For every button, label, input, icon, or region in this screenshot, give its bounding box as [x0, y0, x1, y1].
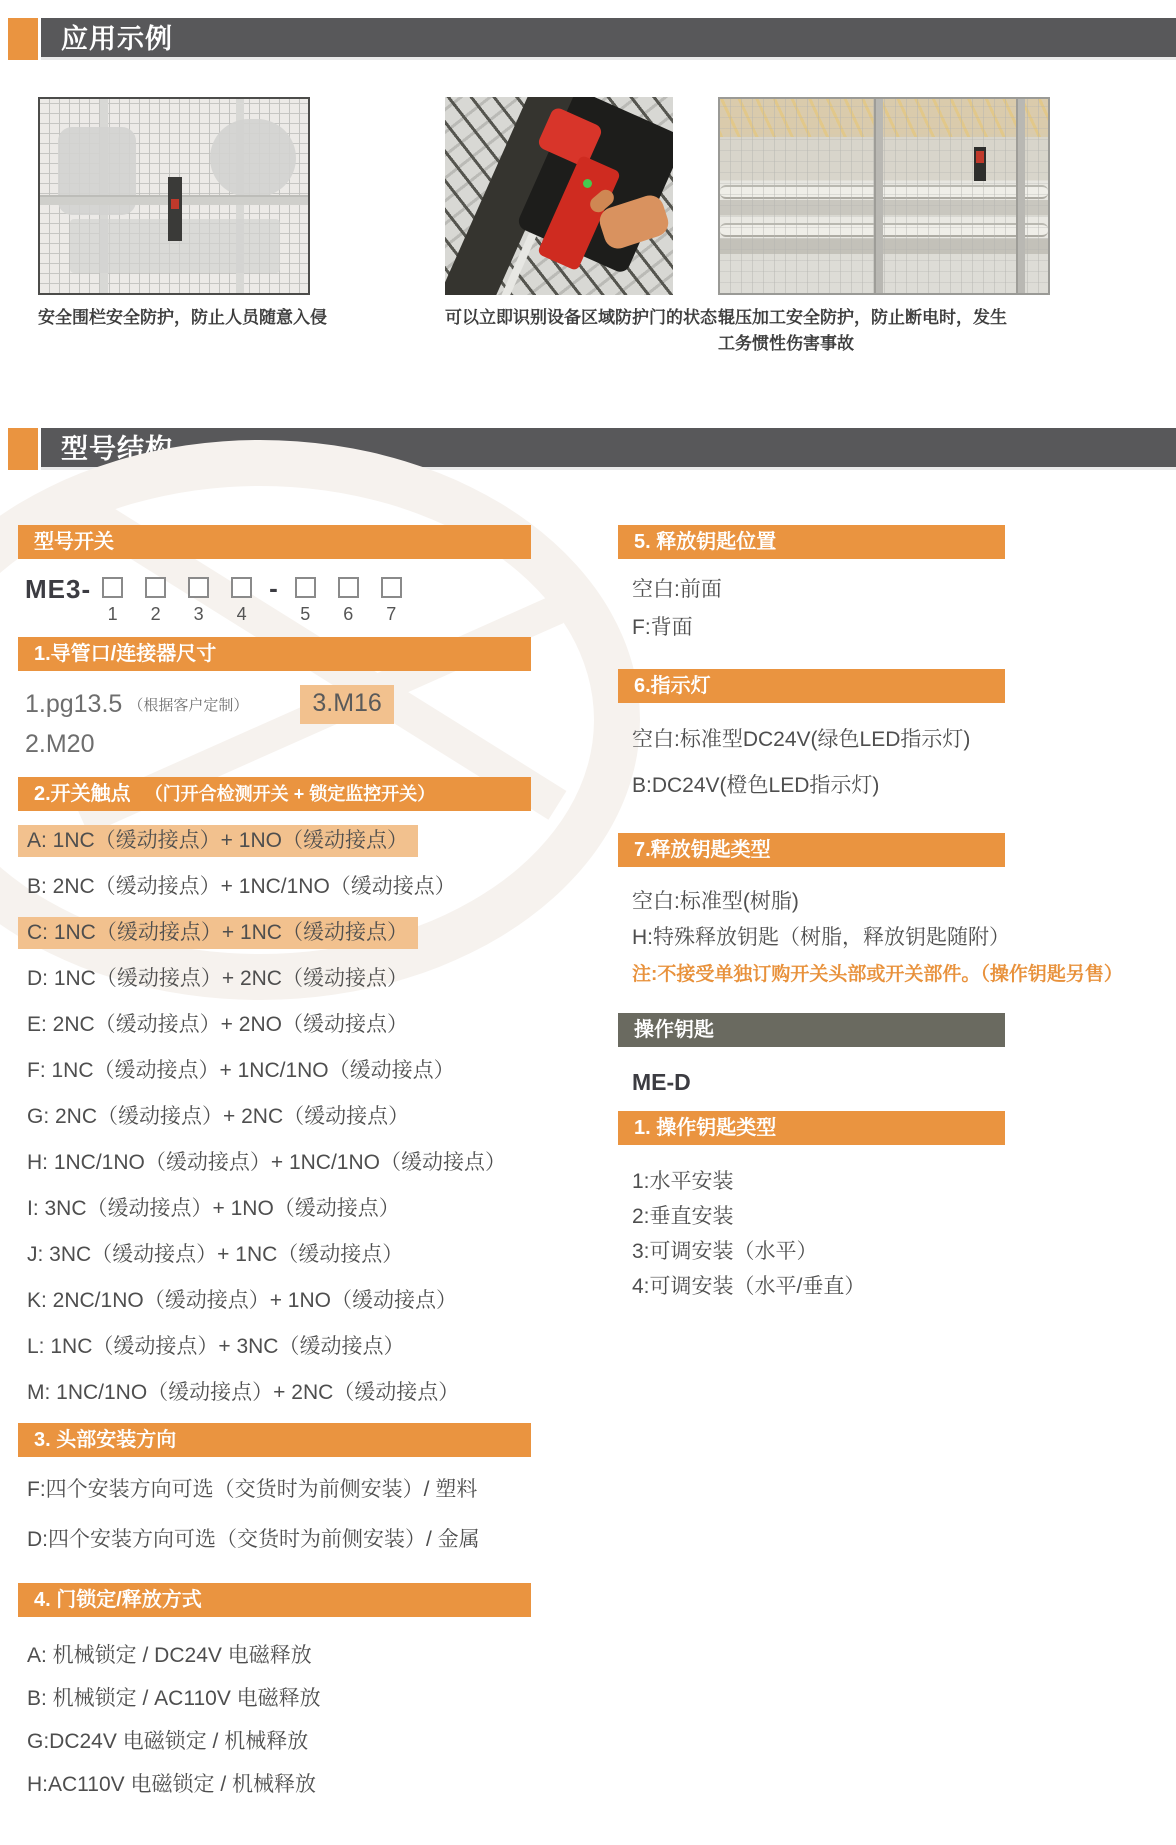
digit-box: [381, 577, 402, 598]
figure-caption: 可以立即识别设备区域防护门的状态: [445, 306, 673, 330]
contact-row-A: A: 1NC（缓动接点）+ 1NO（缓动接点）: [0, 825, 531, 857]
op-key-type-4: 4:可调安装（水平/垂直）: [618, 1272, 1018, 1302]
band-operation-key: 操作钥匙: [618, 1013, 1005, 1047]
order-note: 注:不接受单独订购开关头部或开关部件。（操作钥匙另售）: [618, 961, 1018, 989]
operation-key-model: ME-D: [618, 1067, 1018, 1097]
lock-option-B: B: 机械锁定 / AC110V 电磁释放: [0, 1684, 531, 1714]
example-figure-door-switch: 可以立即识别设备区域防护门的状态: [445, 97, 673, 330]
example-figure-roller: 辊压加工安全防护，防止断电时，发生 工务惯性伤害事故: [718, 97, 1050, 356]
figure-caption: 辊压加工安全防护，防止断电时，发生: [718, 306, 1050, 330]
safety-switch-marker: [168, 177, 182, 241]
model-code: ME3- 1 2 3 4 - 5 6 7: [25, 577, 531, 629]
model-digit-3: 3: [188, 577, 209, 623]
green-led: [583, 179, 592, 188]
model-digit-7: 7: [381, 577, 402, 623]
model-digit-2: 2: [145, 577, 166, 623]
digit-box: [188, 577, 209, 598]
indicator-B: B:DC24V(橙色LED指示灯): [618, 771, 1018, 801]
contact-row-D: D: 1NC（缓动接点）+ 2NC（缓动接点）: [0, 963, 531, 995]
header-accent-square: [8, 18, 38, 60]
conduit-option-2: 2.M20: [25, 729, 531, 759]
application-photos: 安全围栏安全防护，防止人员随意入侵 可以立即识别设备区域防护门的状态: [0, 97, 1176, 397]
band-lock-release: 4. 门锁定/释放方式: [18, 1583, 531, 1617]
figure-caption: 安全围栏安全防护，防止人员随意入侵: [38, 306, 310, 330]
op-key-type-2: 2:垂直安装: [618, 1202, 1018, 1232]
op-key-type-1: 1:水平安装: [618, 1167, 1018, 1197]
figure-caption-line2: 工务惯性伤害事故: [718, 332, 1050, 356]
release-key-type-blank: 空白:标准型(树脂): [618, 887, 1018, 917]
contact-row-L: L: 1NC（缓动接点）+ 3NC（缓动接点）: [0, 1331, 531, 1363]
digit-box: [338, 577, 359, 598]
head-mount-option-D: D:四个安装方向可选（交货时为前侧安装）/ 金属: [0, 1525, 531, 1555]
contact-row-E: E: 2NC（缓动接点）+ 2NO（缓动接点）: [0, 1009, 531, 1041]
left-column: 型号开关 ME3- 1 2 3 4 - 5 6 7 1.导管口/连接器尺寸 1.…: [0, 525, 531, 1800]
band-release-key-position: 5. 释放钥匙位置: [618, 525, 1005, 559]
conduit-option-1: 1.pg13.5: [25, 690, 122, 719]
digit-box: [102, 577, 123, 598]
contacts-title: 2.开关触点: [34, 783, 131, 805]
release-key-pos-F: F:背面: [618, 613, 1018, 643]
band-operation-key-type: 1. 操作钥匙类型: [618, 1111, 1005, 1145]
model-prefix: ME3-: [25, 577, 91, 602]
digit-box: [295, 577, 316, 598]
datasheet-page: 应用示例 安全围栏安全防护，防止人员随意入侵: [0, 0, 1176, 1845]
indicator-blank: 空白:标准型DC24V(绿色LED指示灯): [618, 725, 1018, 755]
safety-switch-marker: [974, 147, 986, 181]
model-digit-6: 6: [338, 577, 359, 623]
model-digit-1: 1: [102, 577, 123, 623]
band-head-mount: 3. 头部安装方向: [18, 1423, 531, 1457]
model-digit-4: 4: [231, 577, 252, 623]
contact-row-G: G: 2NC（缓动接点）+ 2NC（缓动接点）: [0, 1101, 531, 1133]
photo-safety-fence-robots: [38, 97, 310, 295]
photo-roller-machine: [718, 97, 1050, 295]
release-key-type-H: H:特殊释放钥匙（树脂，释放钥匙随附）: [618, 923, 1018, 953]
digit-box: [231, 577, 252, 598]
example-figure-fence: 安全围栏安全防护，防止人员随意入侵: [38, 97, 310, 330]
band-indicator-lamp: 6.指示灯: [618, 669, 1005, 703]
contact-row-F: F: 1NC（缓动接点）+ 1NC/1NO（缓动接点）: [0, 1055, 531, 1087]
lock-option-A: A: 机械锁定 / DC24V 电磁释放: [0, 1641, 531, 1671]
contact-row-K: K: 2NC/1NO（缓动接点）+ 1NO（缓动接点）: [0, 1285, 531, 1317]
contact-row-H: H: 1NC/1NO（缓动接点）+ 1NC/1NO（缓动接点）: [0, 1147, 531, 1179]
right-column: 5. 释放钥匙位置 空白:前面 F:背面 6.指示灯 空白:标准型DC24V(绿…: [618, 525, 1018, 1302]
conduit-options-row: 1.pg13.5 （根据客户定制） 3.M16: [25, 685, 531, 723]
header-accent-square: [8, 428, 38, 470]
contact-row-C: C: 1NC（缓动接点）+ 1NC（缓动接点）: [0, 917, 531, 949]
band-release-key-type: 7.释放钥匙类型: [618, 833, 1005, 867]
conduit-option-1-note: （根据客户定制）: [128, 694, 248, 715]
photo-door-safety-switch: [445, 97, 673, 295]
section-title: 应用示例: [41, 18, 1176, 60]
head-mount-option-F: F:四个安装方向可选（交货时为前侧安装）/ 塑料: [0, 1475, 531, 1505]
digit-box: [145, 577, 166, 598]
lock-option-G: G:DC24V 电磁锁定 / 机械释放: [0, 1727, 531, 1757]
band-model-switch: 型号开关: [18, 525, 531, 559]
contacts-subtitle: （门开合检测开关 + 锁定监控开关）: [145, 784, 436, 804]
model-separator: -: [269, 577, 278, 599]
release-key-pos-blank: 空白:前面: [618, 575, 1018, 605]
contacts-list: A: 1NC（缓动接点）+ 1NO（缓动接点） B: 2NC（缓动接点）+ 1N…: [0, 825, 531, 1409]
conduit-option-3-highlighted: 3.M16: [300, 685, 393, 724]
contact-row-J: J: 3NC（缓动接点）+ 1NC（缓动接点）: [0, 1239, 531, 1271]
band-switch-contacts: 2.开关触点（门开合检测开关 + 锁定监控开关）: [18, 777, 531, 811]
contact-row-M: M: 1NC/1NO（缓动接点）+ 2NC（缓动接点）: [0, 1377, 531, 1409]
contact-row-I: I: 3NC（缓动接点）+ 1NO（缓动接点）: [0, 1193, 531, 1225]
model-digit-5: 5: [295, 577, 316, 623]
contact-row-B: B: 2NC（缓动接点）+ 1NC/1NO（缓动接点）: [0, 871, 531, 903]
lock-option-H: H:AC110V 电磁锁定 / 机械释放: [0, 1770, 531, 1800]
band-conduit-size: 1.导管口/连接器尺寸: [18, 637, 531, 671]
section-header-application-examples: 应用示例: [8, 18, 1176, 60]
op-key-type-3: 3:可调安装（水平）: [618, 1237, 1018, 1267]
